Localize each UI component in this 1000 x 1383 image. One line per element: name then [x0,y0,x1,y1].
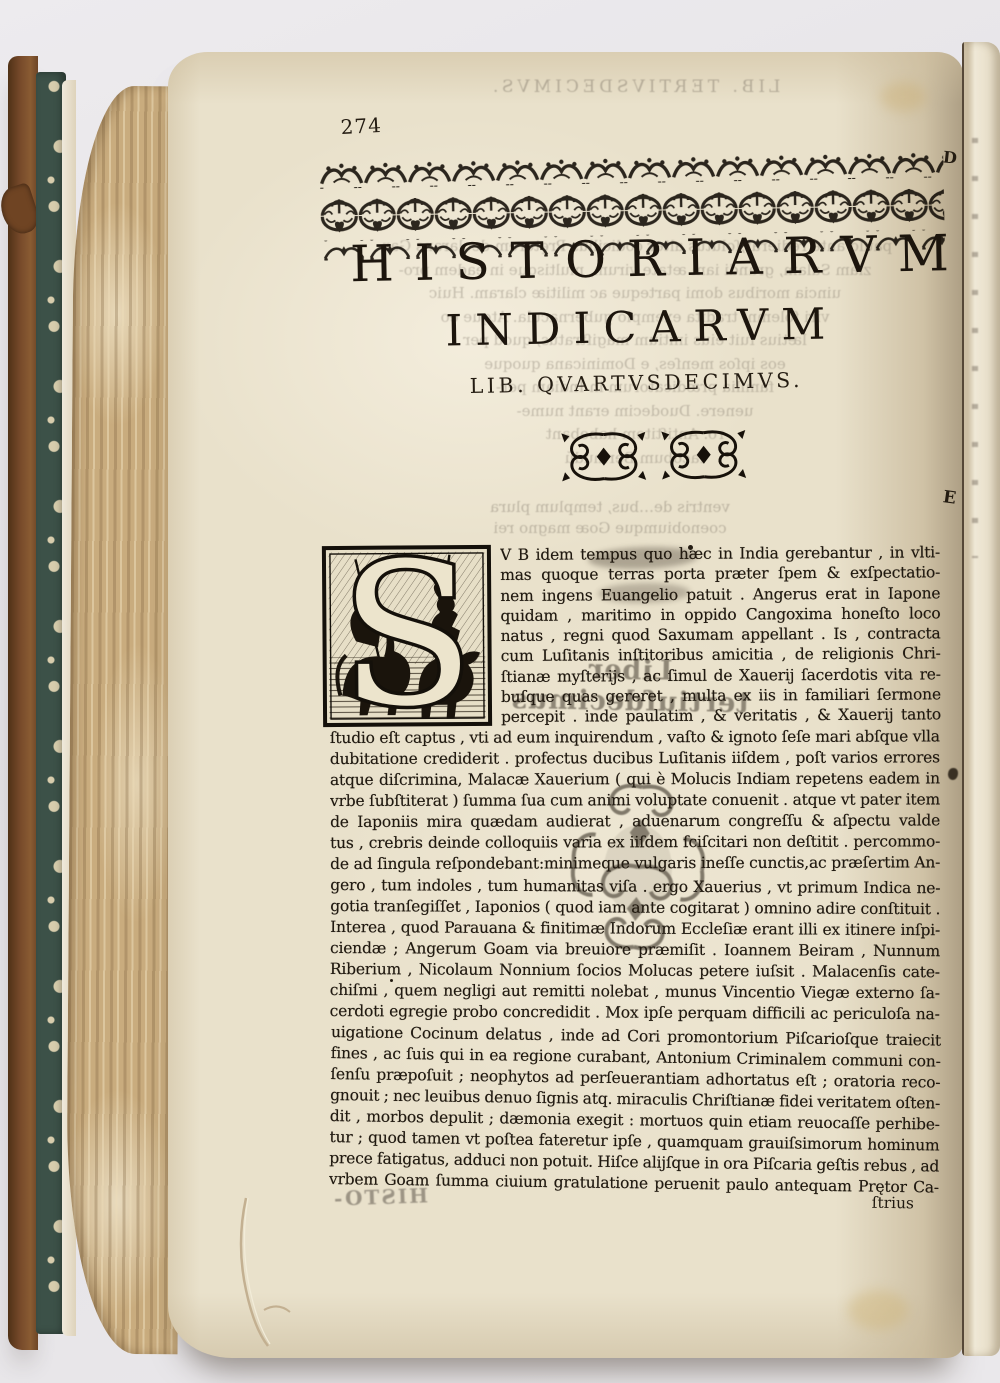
title-liber-quartusdecimus: LIB. QVARTVSDECIMVS. [331,367,941,399]
body-line: nem ingens Euangelio patuit . Angerus er… [500,583,940,606]
title-historiarum: HISTORIARVM [329,228,940,289]
paper-speck [688,545,693,550]
body-text-wrapped: V B idem tempus quo hæc in India gereban… [500,542,941,727]
body-line: ſtudio eſt captus , vti ad eum inquirend… [330,726,940,749]
body-line: buſque quas gereret , multa ex iis in fa… [501,684,941,707]
body-line: natus , regni quod Saxumam appellant . I… [500,623,940,646]
book-page: LIB. TERTIVSDECIMVS. paulo ante redierat… [168,52,963,1358]
page-number: 274 [340,113,382,139]
page-header: 274 [326,71,944,542]
drop-cap-letter: S [339,544,475,727]
ink-offset-blot [553,773,722,961]
body-line: cerdoti egregie probo concredidit . Mox … [330,1001,940,1025]
catchword: ſtrius [872,1194,915,1213]
fleuron-pair-ornament [556,427,751,485]
body-line: percepit . inde paulatim , & veritatis ,… [501,705,941,728]
next-page-text-traces [972,138,978,558]
paper-speck [390,979,393,982]
title-indicarum: INDICARVM [330,301,941,355]
body-line: dubitatione crediderit . profectus ducib… [330,747,940,770]
paper-stain [848,1290,908,1330]
photo-backdrop: LIB. TERTIVSDECIMVS. paulo ante redierat… [0,0,1000,1383]
body-line: cum Luſitanis inſtitoribus amicitia , de… [501,644,941,667]
body-line: quidam , maritimo in oppido Cangoxima ho… [500,603,940,626]
book-cover-leather [8,56,38,1350]
body-text-block: uigatione Cocinum delatus , inde ad Cori… [329,1022,941,1199]
margin-letter-e: E [942,487,958,509]
next-page-edge [962,42,1000,1356]
body-line: mas quoque terras porta præter ſpem & ex… [500,563,940,586]
printed-area: LIB. TERTIVSDECIMVS. paulo ante redierat… [330,77,940,1277]
body-line: ſtianæ myſterijs , ac ſimul de Xauerij ſ… [501,664,941,687]
small-ink-dot [948,768,958,780]
body-line: V B idem tempus quo hæc in India gereban… [500,542,940,565]
margin-letter-d: D [942,147,958,167]
woodcut-initial-capital: S [321,544,492,727]
